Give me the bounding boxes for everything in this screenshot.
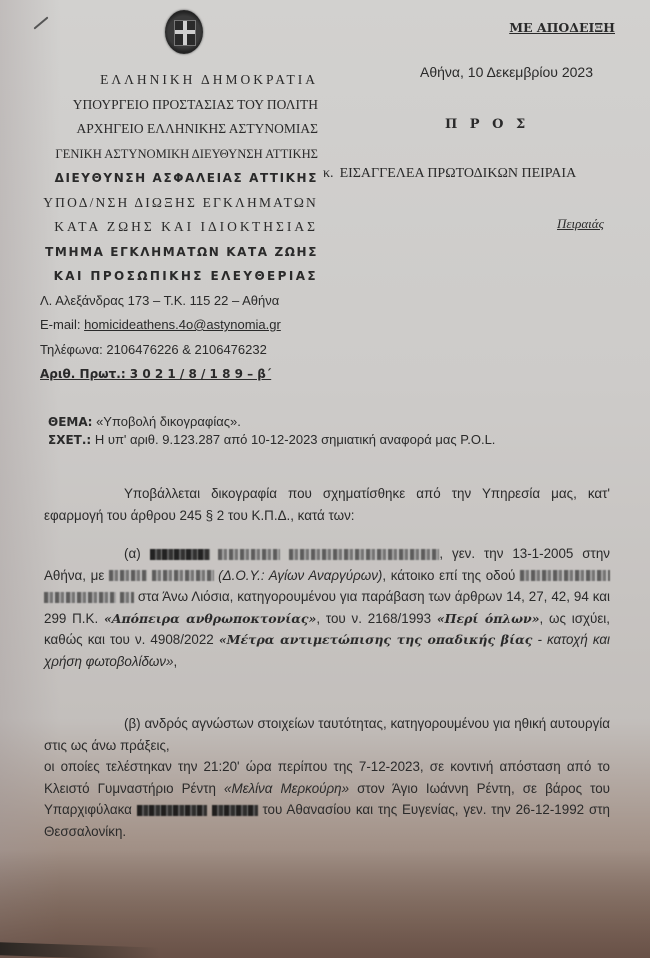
redacted-street-2 bbox=[44, 592, 116, 603]
charge-weapons: «Περί όπλων» bbox=[437, 611, 540, 626]
redacted-name bbox=[218, 549, 280, 560]
redacted-surname bbox=[150, 549, 210, 560]
recipient: κ.ΕΙΣΑΓΓΕΛΕΑ ΠΡΩΤΟΔΙΚΩΝ ΠΕΙΡΑΙΑ bbox=[323, 166, 576, 182]
issuer-line: ΥΠΟΥΡΓΕΙΟ ΠΡΟΣΤΑΣΙΑΣ ΤΟΥ ΠΟΛΙΤΗ bbox=[40, 93, 318, 118]
charge-attempted-homicide: «Απόπειρα ανθρωποκτονίας» bbox=[104, 611, 316, 626]
recipient-name: ΕΙΣΑΓΓΕΛΕΑ ΠΡΩΤΟΔΙΚΩΝ ΠΕΙΡΑΙΑ bbox=[340, 166, 577, 181]
venue-name: «Μελίνα Μερκούρη» bbox=[224, 781, 349, 796]
document-date: Αθήνα, 10 Δεκεμβρίου 2023 bbox=[420, 64, 593, 80]
subject-label: ΘΕΜΑ: bbox=[48, 415, 92, 429]
issuer-line: ΑΡΧΗΓΕΙΟ ΕΛΛΗΝΙΚΗΣ ΑΣΤΥΝΟΜΙΑΣ bbox=[40, 117, 318, 142]
subject-text: «Υποβολή δικογραφίας». bbox=[96, 414, 241, 429]
item-marker: (α) bbox=[124, 546, 141, 561]
intro-paragraph: Υποβάλλεται δικογραφία που σχηματίσθηκε … bbox=[44, 483, 610, 526]
email-label: E-mail: bbox=[40, 317, 84, 332]
issuer-line: ΚΑΙ ΠΡΟΣΩΠΙΚΗΣ ΕΛΕΥΘΕΡΙΑΣ bbox=[40, 264, 318, 289]
redacted-street bbox=[520, 570, 610, 581]
email-link[interactable]: homicideathens.4o@astynomia.gr bbox=[84, 317, 281, 332]
protocol-number: Αριθ. Πρωτ.: 3 0 2 1 / 8 / 1 8 9 – β΄ bbox=[40, 362, 318, 387]
intro-text: Υποβάλλεται δικογραφία που σχηματίσθηκε … bbox=[44, 483, 610, 526]
issuer-phones: Τηλέφωνα: 2106476226 & 2106476232 bbox=[40, 338, 318, 363]
redacted-id-type bbox=[109, 570, 147, 581]
issuer-address: Λ. Αλεξάνδρας 173 – Τ.Κ. 115 22 – Αθήνα bbox=[40, 289, 318, 314]
photo-shadow bbox=[0, 850, 650, 958]
item-marker: (β) bbox=[124, 716, 141, 731]
redacted-victim-name bbox=[212, 805, 258, 816]
text: , του ν. 2168/1993 bbox=[316, 611, 437, 626]
issuer-line: ΤΜΗΜΑ ΕΓΚΛΗΜΑΤΩΝ ΚΑΤΑ ΖΩΗΣ bbox=[40, 240, 318, 265]
accused-b-paragraph: (β) ανδρός αγνώστων στοιχείων ταυτότητας… bbox=[44, 713, 610, 842]
recipient-prefix: κ. bbox=[323, 166, 334, 181]
redacted-victim-surname bbox=[137, 805, 207, 816]
shield-icon bbox=[174, 20, 196, 46]
issuer-line: ΕΛΛΗΝΙΚΗ ΔΗΜΟΚΡΑΤΙΑ bbox=[40, 68, 318, 93]
pen-mark bbox=[33, 16, 48, 29]
issuer-line: ΚΑΤΑ ΖΩΗΣ ΚΑΙ ΙΔΙΟΚΤΗΣΙΑΣ bbox=[40, 215, 318, 240]
tax-office: (Δ.Ο.Υ.: Αγίων Αναργύρων) bbox=[218, 568, 382, 583]
reference-text: Η υπ' αριθ. 9.123.287 από 10-12-2023 σημ… bbox=[95, 432, 496, 447]
subject-block: ΘΕΜΑ: «Υποβολή δικογραφίας». ΣΧΕΤ.: Η υπ… bbox=[48, 413, 495, 449]
issuer-line: ΔΙΕΥΘΥΝΣΗ ΑΣΦΑΛΕΙΑΣ ΑΤΤΙΚΗΣ bbox=[40, 166, 318, 191]
redacted-parents bbox=[289, 549, 439, 560]
issuer-email-row: E-mail: homicideathens.4o@astynomia.gr bbox=[40, 313, 318, 338]
accused-a-paragraph: (α) , γεν. την 13-1-2005 στην Αθήνα, με … bbox=[44, 543, 610, 672]
reference-label: ΣΧΕΤ.: bbox=[48, 433, 91, 447]
issuer-block: ΕΛΛΗΝΙΚΗ ΔΗΜΟΚΡΑΤΙΑ ΥΠΟΥΡΓΕΙΟ ΠΡΟΣΤΑΣΙΑΣ… bbox=[40, 68, 318, 387]
reference-row: ΣΧΕΤ.: Η υπ' αριθ. 9.123.287 από 10-12-2… bbox=[48, 431, 495, 449]
to-label: Π Ρ Ο Σ bbox=[445, 117, 529, 132]
recipient-city: Πειραιάς bbox=[557, 216, 604, 232]
redacted-street-number bbox=[120, 592, 134, 603]
text: , κάτοικο επί της οδού bbox=[382, 568, 515, 583]
text: , bbox=[173, 654, 177, 669]
issuer-line: ΓΕΝΙΚΗ ΑΣΤΥΝΟΜΙΚΗ ΔΙΕΥΘΥΝΣΗ ΑΤΤΙΚΗΣ bbox=[40, 142, 318, 167]
redacted-tax-id bbox=[152, 570, 214, 581]
photo-edge bbox=[0, 942, 160, 958]
events-paragraph: οι οποίες τελέστηκαν την 21:20' ώρα περί… bbox=[44, 756, 610, 842]
charge-sports-violence: «Μέτρα αντιμετώπισης της οπαδικής βίας bbox=[219, 632, 533, 647]
subject-row: ΘΕΜΑ: «Υποβολή δικογραφίας». bbox=[48, 413, 495, 431]
greek-coat-of-arms-icon bbox=[165, 10, 203, 54]
issuer-line: ΥΠΟΔ/ΝΣΗ ΔΙΩΞΗΣ ΕΓΚΛΗΜΑΤΩΝ bbox=[40, 191, 318, 216]
receipt-label: ΜΕ ΑΠΟΔΕΙΞΗ bbox=[509, 20, 615, 35]
